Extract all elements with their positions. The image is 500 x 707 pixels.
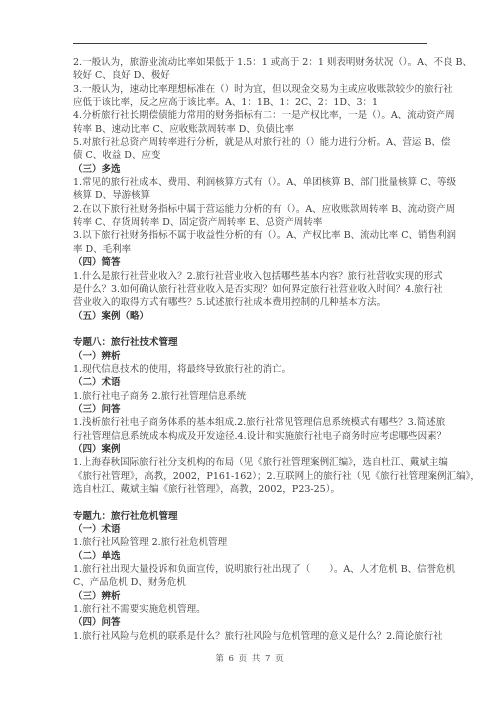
text-line: 1.什么是旅行社营业收入？2.旅行社营业收入包括哪些基本内容？旅行社营收实现的形… (73, 270, 443, 283)
section-heading: （一）辨析 (73, 350, 443, 363)
page-footer: 第 6 页 共 7 页 (0, 652, 500, 664)
text-line: 核算 D、导游核算 (73, 189, 443, 202)
text-line: 率 D、毛利率 (73, 243, 443, 256)
topic-heading: 专题八：旅行社技术管理 (73, 336, 443, 349)
text-line: 行社管理信息系统成本构成及开发途径.4.设计和实施旅行社电子商务时应考虑哪些因素… (73, 430, 443, 443)
blank-line (73, 323, 443, 336)
section-heading: （二）单选 (73, 550, 443, 563)
text-line: 4.分析旅行社长期偿债能力常用的财务指标有二：一是产权比率，一是（）。A、流动资… (73, 109, 443, 122)
text-line: 1.旅行社出现大量投诉和负面宣传，说明旅行社出现了（ ）。A、人才危机 B、信誉… (73, 563, 443, 576)
text-line: 1.上海春秋国际旅行社分支机构的布局（见《旅行社管理案例汇编》，选自杜江、戴斌主… (73, 456, 443, 469)
section-heading: （三）问答 (73, 403, 443, 416)
text-line: 1.旅行社风险管理 2.旅行社危机管理 (73, 536, 443, 549)
text-line: 1.旅行社风险与危机的联系是什么？旅行社风险与危机管理的意义是什么？2.简论旅行… (73, 630, 443, 643)
text-line: 较好 C、良好 D、极好 (73, 69, 443, 82)
text-line: 2.在以下旅行社财务指标中属于营运能力分析的有（）。A、应收账款周转率 B、流动… (73, 203, 443, 216)
section-heading: （五）案例（略） (73, 310, 443, 323)
text-line: 应低于该比率，反之应高于该比率。A、1：1B、1：2C、2：1D、3：1 (73, 96, 443, 109)
text-line: 1.旅行社不需要实施危机管理。 (73, 603, 443, 616)
section-heading: （四）简答 (73, 256, 443, 269)
section-heading: （三）多选 (73, 163, 443, 176)
section-heading: （四）案例 (73, 443, 443, 456)
document-body: 2.一般认为，旅游业流动比率如果低于 1.5：1 或高于 2：1 则表明财务状况… (73, 56, 443, 643)
section-heading: （二）术语 (73, 376, 443, 389)
header-rule (73, 43, 427, 44)
text-line: 《旅行社管理》，高教，2002，P161-162）；2.互联网上的旅行社（见《旅… (73, 470, 443, 483)
text-line: 3.一般认为，速动比率理想标准在（）时为宜，但以现金交易为主或应收账款较少的旅行… (73, 83, 443, 96)
section-heading: （一）术语 (73, 523, 443, 536)
text-line: 是什么？3.如何确认旅行社营业收入是否实现？如何界定旅行社营业收入时间？4.旅行… (73, 283, 443, 296)
text-line: 1.常见的旅行社成本、费用、利润核算方式有（）。A、单团核算 B、部门批量核算 … (73, 176, 443, 189)
text-line: 2.一般认为，旅游业流动比率如果低于 1.5：1 或高于 2：1 则表明财务状况… (73, 56, 443, 69)
text-line: 转率 C、存货周转率 D、固定资产周转率 E、总资产周转率 (73, 216, 443, 229)
text-line: C、产品危机 D、财务危机 (73, 576, 443, 589)
section-heading: （四）问答 (73, 616, 443, 629)
section-heading: （三）辨析 (73, 590, 443, 603)
blank-line (73, 496, 443, 509)
text-line: 1.现代信息技术的使用，将最终导致旅行社的消亡。 (73, 363, 443, 376)
text-line: 债 C、收益 D、应变 (73, 149, 443, 162)
text-line: 营业收入的取得方式有哪些？5.试述旅行社成本费用控制的几种基本方法。 (73, 296, 443, 309)
topic-heading: 专题九：旅行社危机管理 (73, 510, 443, 523)
text-line: 选自杜江、戴斌主编《旅行社管理》，高教，2002，P23-25）。 (73, 483, 443, 496)
text-line: 5.对旅行社总资产周转率进行分析，就是从对旅行社的（）能力进行分析。A、营运 B… (73, 136, 443, 149)
text-line: 1.旅行社电子商务 2.旅行社管理信息系统 (73, 390, 443, 403)
text-line: 1.浅析旅行社电子商务体系的基本组成.2.旅行社常见管理信息系统模式有哪些？3.… (73, 416, 443, 429)
document-page: 2.一般认为，旅游业流动比率如果低于 1.5：1 或高于 2：1 则表明财务状况… (0, 0, 500, 707)
text-line: 转率 B、速动比率 C、应收账款周转率 D、负债比率 (73, 123, 443, 136)
text-line: 3.以下旅行社财务指标不属于收益性分析的有（）。A、产权比率 B、流动比率 C、… (73, 229, 443, 242)
